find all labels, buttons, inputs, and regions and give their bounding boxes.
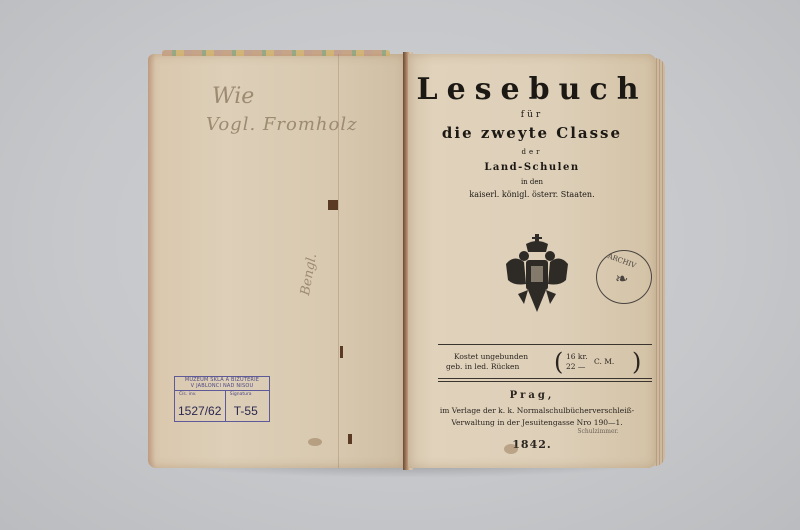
paren-open: ( [554, 348, 563, 376]
imprint-year: 1842. [408, 438, 656, 451]
paper-hole [328, 200, 338, 210]
price-currency: C. M. [594, 357, 614, 366]
open-book: Wie Vogl. Fromholz Bengl. MUZEUM SKLA A … [146, 48, 668, 472]
price-line1: Kostet ungebunden [454, 352, 528, 361]
title-fuer: für [408, 110, 656, 120]
price-box: Kostet ungebunden geb. in led. Rücken ( … [442, 350, 652, 376]
rule-top [438, 344, 652, 345]
handwriting-name: Vogl. Fromholz [206, 114, 358, 135]
signature-cell: Signatura T-55 [226, 391, 269, 421]
paper-tear [348, 434, 352, 444]
left-page: Wie Vogl. Fromholz Bengl. MUZEUM SKLA A … [148, 54, 406, 468]
paper-tear [340, 346, 343, 358]
handwriting-vertical: Bengl. [298, 252, 320, 296]
round-stamp-text: ARCHIV [607, 252, 638, 270]
title-states: kaiserl. königl. österr. Staaten. [408, 190, 656, 199]
inventory-cell: Čís. inv. 1527/62 [175, 391, 226, 421]
title-der: der [408, 148, 656, 156]
rule-bottom-2 [438, 381, 652, 382]
handwriting-top: Wie [212, 84, 254, 109]
imprint-handwritten-note: Schulzimmer. [558, 428, 638, 435]
marbled-edge [162, 50, 390, 56]
price-line2: geb. in led. Rücken [446, 362, 519, 371]
imprint-line2: Verwaltung in der Jesuitengasse Nro 190—… [418, 418, 656, 427]
inventory-label: Čís. inv. [179, 392, 196, 397]
stamp-header-line2: V JABLONCI NAD NISOU [175, 383, 269, 389]
signature-value: T-55 [234, 404, 258, 418]
stain [308, 438, 322, 446]
inventory-number: 1527/62 [178, 404, 221, 418]
double-headed-eagle-icon [504, 234, 570, 316]
book-subtitle: die zweyte Classe [408, 124, 656, 142]
imprint-line1: im Verlage der k. k. Normalschulbücherve… [418, 406, 656, 415]
title-page: Lesebuch für die zweyte Classe der Land-… [408, 54, 656, 468]
title-in-den: in den [408, 178, 656, 186]
stain [504, 444, 518, 454]
book-title: Lesebuch [408, 72, 656, 107]
signature-label: Signatura [230, 392, 252, 397]
imprint-city: Prag, [408, 390, 656, 401]
price-value2: 22 — [566, 362, 585, 371]
paren-close: ) [632, 348, 641, 376]
museum-inventory-stamp: MUZEUM SKLA A BIŽUTERIE V JABLONCI NAD N… [174, 376, 270, 422]
library-round-stamp: ARCHIV ❧ [596, 250, 652, 304]
price-value1: 16 kr. [566, 352, 588, 361]
round-stamp-lion-icon: ❧ [615, 269, 628, 288]
rule-bottom-1 [438, 378, 652, 379]
title-schools: Land-Schulen [408, 162, 656, 173]
stamp-header: MUZEUM SKLA A BIŽUTERIE V JABLONCI NAD N… [175, 377, 269, 391]
